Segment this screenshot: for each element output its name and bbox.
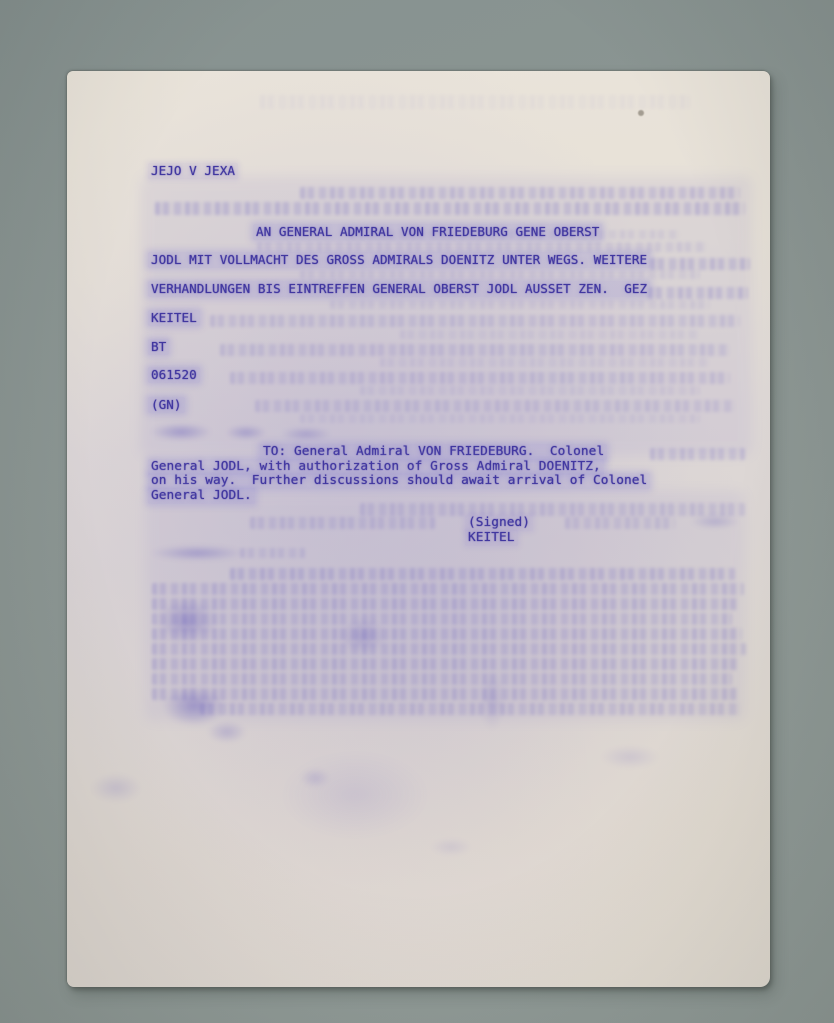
ink-smudge — [600, 745, 660, 769]
ink-bleed-line — [200, 703, 740, 715]
ink-smudge — [150, 545, 245, 561]
ink-bleed-line — [565, 517, 675, 529]
ink-smudge — [158, 598, 216, 644]
ink-smudge — [207, 721, 247, 743]
ink-bleed-line — [152, 628, 742, 640]
ink-bleed-line — [152, 613, 732, 625]
signed-label: (Signed) — [465, 515, 533, 531]
ink-smudge — [480, 671, 504, 731]
ink-bleed-line — [360, 386, 700, 395]
ink-bleed-line — [380, 358, 710, 367]
ink-bleed-line — [650, 258, 750, 270]
german-line-5: BT — [148, 339, 169, 355]
telegram-paper: JEJO V JEXA AN GENERAL ADMIRAL VON FRIED… — [67, 71, 770, 987]
ink-bleed-line — [300, 187, 740, 199]
german-line-6: 061520 — [148, 367, 200, 383]
ink-bleed-line — [152, 598, 738, 610]
ink-smudge — [280, 750, 430, 840]
ink-bleed-line — [400, 330, 700, 339]
ink-bleed-line — [152, 688, 738, 700]
german-line-4: KEITEL — [148, 310, 200, 326]
ink-bleed-line — [360, 503, 745, 516]
ink-bleed-line — [220, 344, 730, 356]
ink-bleed-line — [152, 643, 746, 655]
paper-speck — [638, 110, 644, 116]
ink-smudge — [90, 773, 142, 803]
ink-bleed-line — [255, 400, 735, 412]
ink-smudge — [163, 686, 225, 726]
ink-smudge — [340, 618, 386, 654]
ink-bleed-line — [152, 673, 732, 685]
signature-name: KEITEL — [465, 530, 518, 546]
ink-bleed-line — [230, 568, 735, 580]
ink-bleed-line — [230, 372, 730, 384]
ink-smudge — [690, 514, 740, 529]
ink-smudge — [225, 425, 267, 440]
german-line-1: AN GENERAL ADMIRAL VON FRIEDEBURG GENE O… — [253, 224, 602, 240]
ink-bleed-line — [300, 270, 700, 279]
ink-bleed-line — [300, 414, 700, 423]
ink-bleed-line — [152, 658, 738, 670]
ink-smudge — [300, 768, 330, 788]
ink-bleed-line — [250, 517, 435, 529]
ink-smudge — [150, 423, 212, 441]
ink-bleed-line — [650, 448, 745, 460]
german-line-7: (GN) — [148, 397, 185, 413]
english-line-3: on his way. Further discussions should a… — [148, 473, 650, 489]
ink-smudge — [280, 427, 332, 441]
telegram-call-sign: JEJO V JEXA — [148, 163, 238, 179]
photo-backdrop: JEJO V JEXA AN GENERAL ADMIRAL VON FRIED… — [0, 0, 834, 1023]
ink-bleed-line — [260, 95, 690, 109]
german-line-2: JODL MIT VOLLMACHT DES GROSS ADMIRALS DO… — [148, 252, 650, 268]
ink-bleed-line — [257, 242, 707, 252]
ink-smudge — [430, 838, 472, 856]
ink-bleed-line — [210, 315, 740, 327]
ink-bleed-line — [330, 300, 710, 309]
ink-bleed-line — [152, 583, 744, 595]
english-line-1: TO: General Admiral VON FRIEDEBURG. Colo… — [260, 444, 607, 460]
german-line-3: VERHANDLUNGEN BIS EINTREFFEN GENERAL OBE… — [148, 281, 650, 297]
ink-bleed-line — [240, 548, 305, 558]
ink-bleed-line — [648, 287, 748, 299]
english-line-4: General JODL. — [148, 488, 255, 504]
ink-bleed-line — [155, 202, 745, 215]
